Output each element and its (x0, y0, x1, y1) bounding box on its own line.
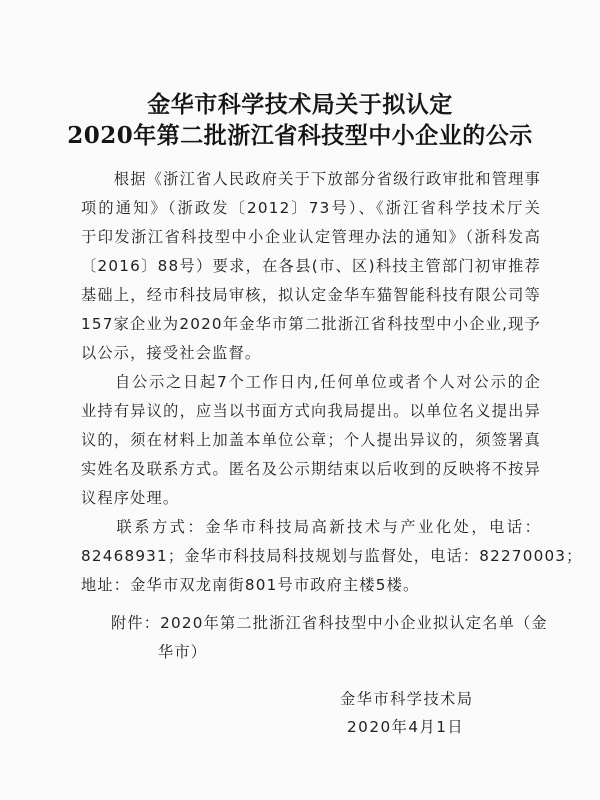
attachment-line: 华市） (158, 641, 538, 662)
issue-date: 2020年4月1日 (347, 716, 464, 737)
paragraph2-line: 议程序处理。 (81, 487, 541, 508)
document-title-line2: 2020年第二批浙江省科技型中小企业的公示 (0, 117, 600, 150)
paragraph2-line: 实姓名及联系方式。匿名及公示期结束以后收到的反映将不按异 (81, 458, 541, 479)
paragraph2-line: 业持有异议的，应当以书面方式向我局提出。以单位名义提出异 (81, 400, 541, 421)
paragraph2-line: 自公示之日起7个工作日内,任何单位或者个人对公示的企 (81, 371, 541, 392)
paragraph1-line: 〔2016〕88号）要求，在各县(市、区)科技主管部门初审推荐 (81, 255, 541, 276)
paragraph1-line: 以公示，接受社会监督。 (81, 342, 541, 363)
paragraph2-line: 议的，须在材料上加盖本单位公章；个人提出异议的，须签署真 (81, 429, 541, 450)
attachment-line: 附件：2020年第二批浙江省科技型中小企业拟认定名单（金 (111, 612, 541, 633)
paragraph1-line: 基础上，经市科技局审核，拟认定金华车猫智能科技有限公司等 (81, 284, 541, 305)
contact-line: 地址：金华市双龙南街801号市政府主楼5楼。 (81, 574, 541, 595)
paragraph1-line: 根据《浙江省人民政府关于下放部分省级行政审批和管理事 (81, 168, 541, 189)
contact-line: 联系方式：金华市科技局高新技术与产业化处，电话： (81, 516, 541, 537)
paragraph1-line: 157家企业为2020年金华市第二批浙江省科技型中小企业,现予 (81, 313, 541, 334)
issuer-signature: 金华市科学技术局 (340, 688, 474, 709)
paragraph1-line: 项的通知》（浙政发〔2012〕73号）、《浙江省科学技术厅关 (81, 197, 541, 218)
contact-line: 82468931；金华市科技局科技规划与监督处，电话：82270003； (81, 545, 541, 566)
document-title-line1: 金华市科学技术局关于拟认定 (0, 86, 600, 119)
paragraph1-line: 于印发浙江省科技型中小企业认定管理办法的通知》（浙科发高 (81, 226, 541, 247)
document-page: 金华市科学技术局关于拟认定 2020年第二批浙江省科技型中小企业的公示 根据《浙… (0, 0, 600, 800)
